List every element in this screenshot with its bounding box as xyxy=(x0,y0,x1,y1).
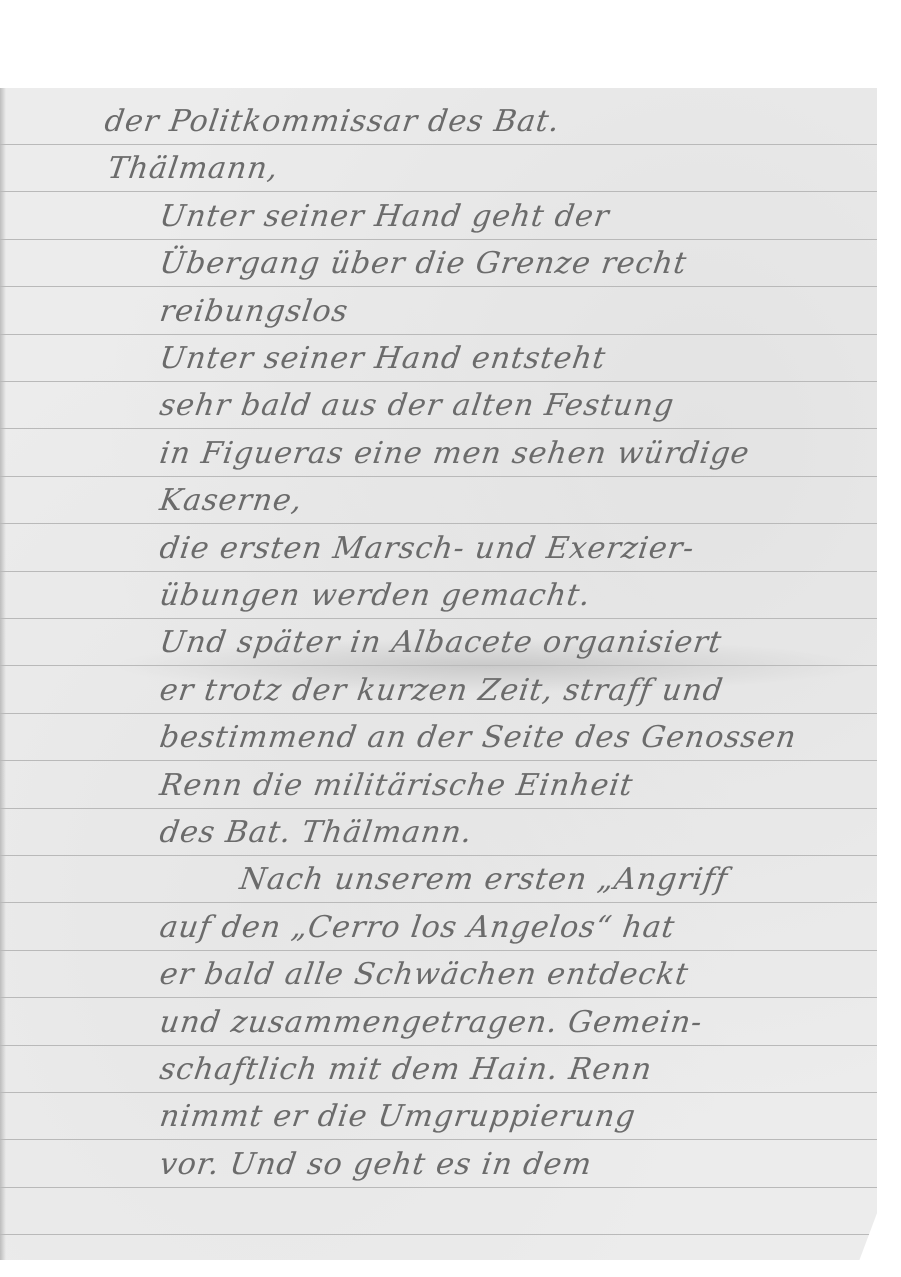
text-line: übungen werden gemacht. xyxy=(158,578,593,613)
ruled-line xyxy=(0,523,877,524)
text-line: und zusammengetragen. Gemein- xyxy=(158,1005,705,1040)
ruled-line xyxy=(0,902,877,903)
text-line: die ersten Marsch- und Exerzier- xyxy=(158,531,697,566)
text-line: der Politkommissar des Bat. xyxy=(103,104,563,139)
ruled-line xyxy=(0,855,877,856)
text-line: bestimmend an der Seite des Genossen xyxy=(158,720,799,755)
ruled-line xyxy=(0,808,877,809)
ruled-line xyxy=(0,334,877,335)
text-line: Unter seiner Hand geht der xyxy=(158,199,612,234)
text-line: Thälmann, xyxy=(106,151,281,186)
ruled-line xyxy=(0,1092,877,1093)
ruled-line xyxy=(0,997,877,998)
ruled-line xyxy=(0,1139,877,1140)
ruled-line xyxy=(0,571,877,572)
text-line: Und später in Albacete organisiert xyxy=(158,625,725,660)
ruled-line xyxy=(0,713,877,714)
text-line: in Figueras eine men sehen würdige xyxy=(158,436,752,471)
text-line: er bald alle Schwächen entdeckt xyxy=(158,957,691,992)
text-line: schaftlich mit dem Hain. Renn xyxy=(158,1052,655,1087)
text-line: Nach unserem ersten „Angriff xyxy=(238,862,731,897)
text-line: reibungslos xyxy=(158,294,351,329)
ruled-line xyxy=(0,286,877,287)
ruled-line xyxy=(0,1045,877,1046)
ruled-line xyxy=(0,428,877,429)
paper-sheet: der Politkommissar des Bat.Thälmann,Unte… xyxy=(0,88,877,1260)
ruled-line xyxy=(0,476,877,477)
text-line: auf den „Cerro los Angelos“ hat xyxy=(158,910,678,945)
text-line: des Bat. Thälmann. xyxy=(158,815,475,850)
text-line: Kaserne, xyxy=(158,483,305,518)
ruled-line xyxy=(0,1187,877,1188)
ruled-line xyxy=(0,618,877,619)
text-line: Renn die militärische Einheit xyxy=(158,768,636,803)
ruled-line xyxy=(0,1234,877,1235)
text-line: Übergang über die Grenze recht xyxy=(158,246,690,281)
text-line: vor. Und so geht es in dem xyxy=(158,1147,595,1182)
ruled-line xyxy=(0,381,877,382)
text-line: sehr bald aus der alten Festung xyxy=(158,388,677,423)
ruled-line xyxy=(0,144,877,145)
ruled-line xyxy=(0,191,877,192)
text-line: Unter seiner Hand entsteht xyxy=(158,341,609,376)
text-line: er trotz der kurzen Zeit, straff und xyxy=(158,673,726,708)
ruled-line xyxy=(0,950,877,951)
text-line: nimmt er die Umgruppierung xyxy=(158,1099,639,1134)
ruled-line xyxy=(0,760,877,761)
ruled-line xyxy=(0,239,877,240)
ruled-line xyxy=(0,665,877,666)
